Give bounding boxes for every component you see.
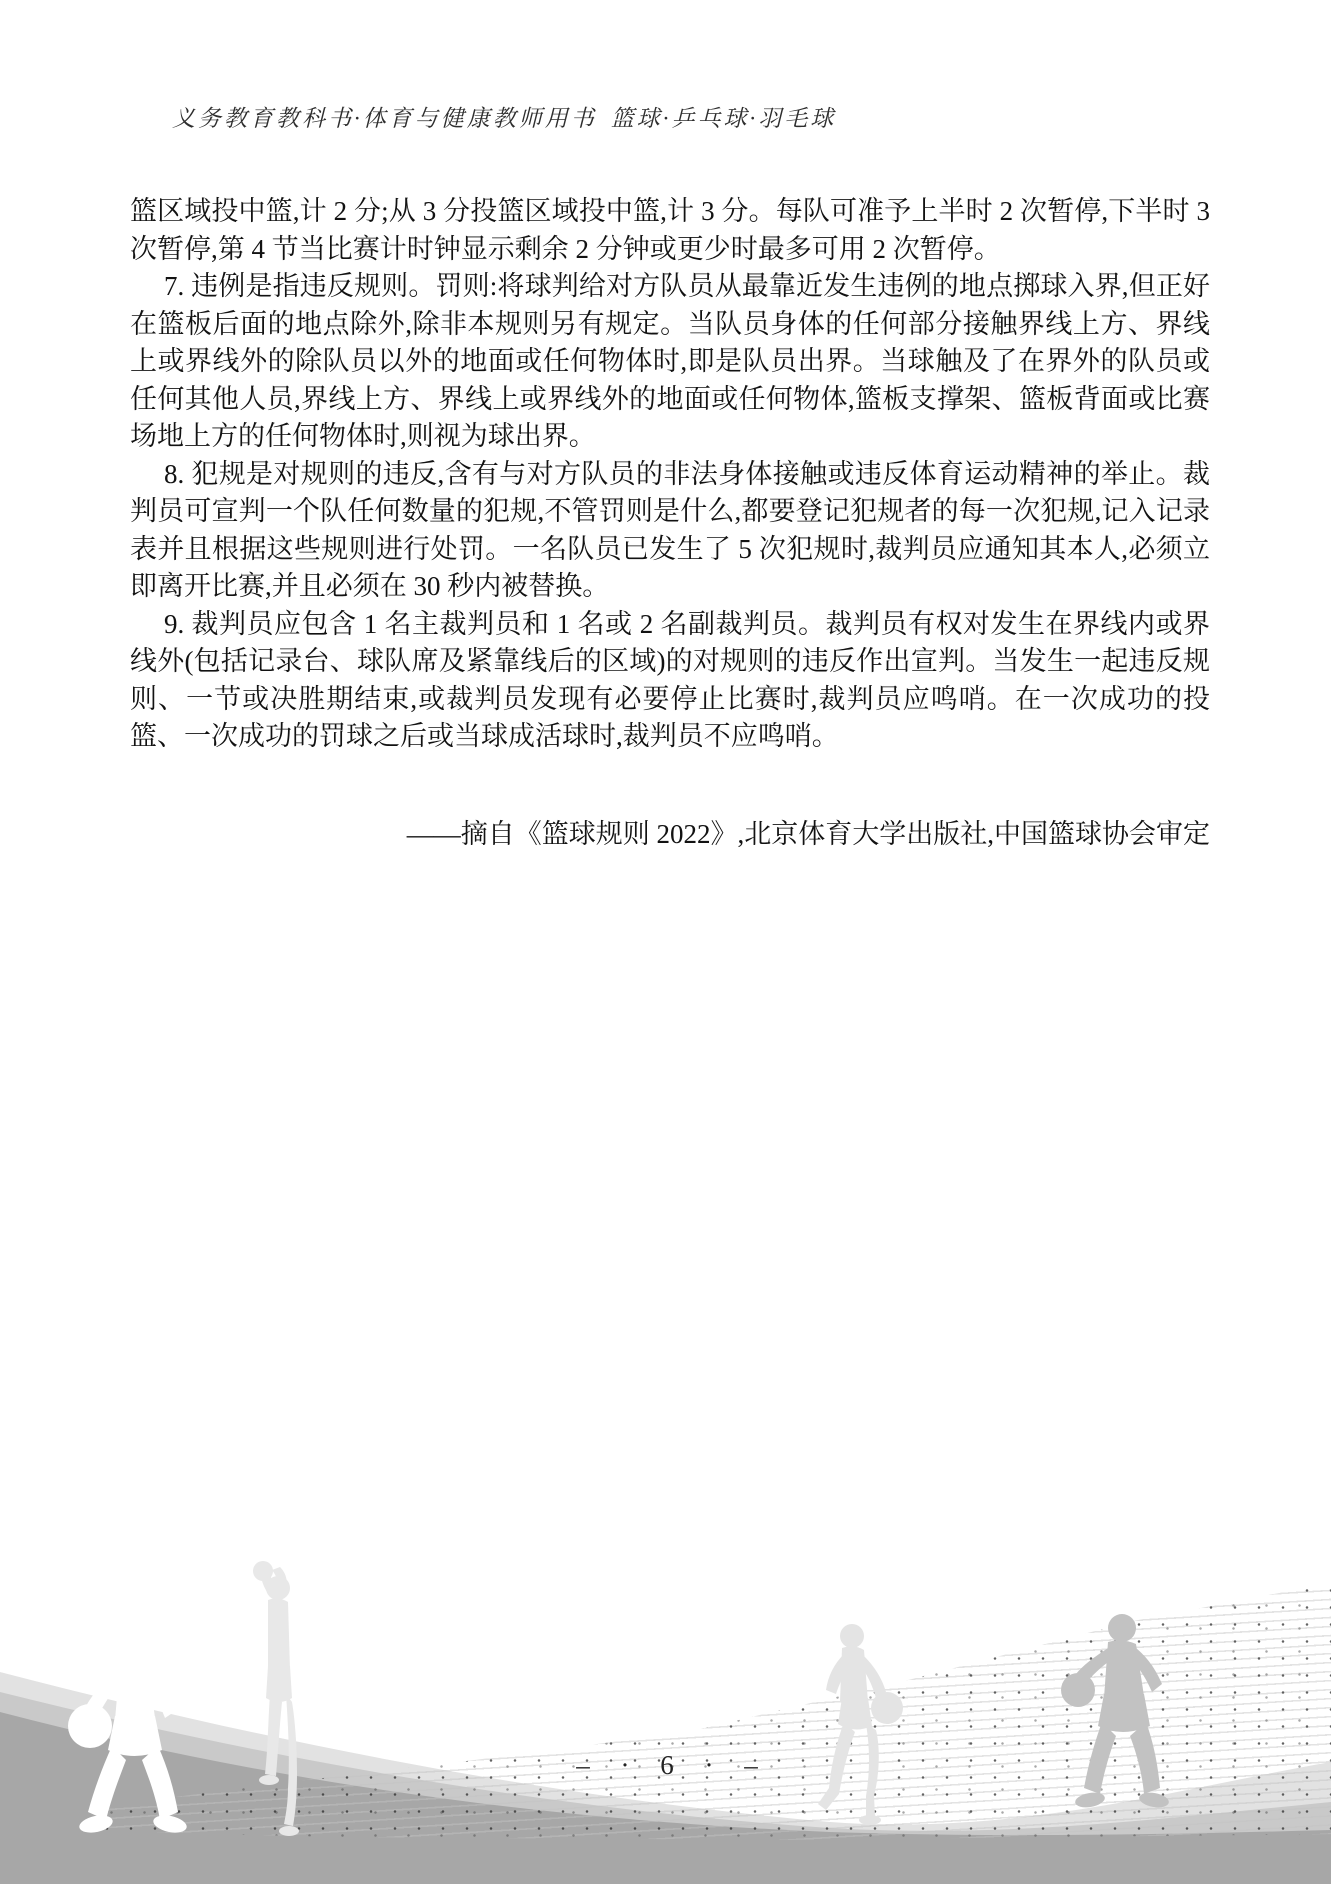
body-paragraph: 7. 违例是指违反规则。罚则:将球判给对方队员从最靠近发生违例的地点掷球入界,但… — [130, 268, 1210, 456]
player-jump-shot-icon — [234, 1560, 314, 1845]
player-dribbling-front-icon — [60, 1626, 200, 1861]
book-page: 义务教育教科书·体育与健康教师用书篮球·乒乓球·羽毛球 篮区域投中篮,计 2 分… — [0, 0, 1331, 1884]
source-attribution: ——摘自《篮球规则 2022》,北京体育大学出版社,中国篮球协会审定 — [130, 816, 1210, 854]
player-running-dribble-icon — [804, 1620, 914, 1828]
running-head-series-title: 义务教育教科书·体育与健康教师用书 — [172, 106, 597, 131]
body-paragraph: 篮区域投中篮,计 2 分;从 3 分投篮区域投中篮,计 3 分。每队可准予上半时… — [130, 193, 1210, 268]
player-crouch-dribble-icon — [1056, 1610, 1178, 1818]
running-head-subject-title: 篮球·乒乓球·羽毛球 — [611, 106, 837, 131]
page-number: – · 6 · – — [130, 1750, 1210, 1781]
body-text: 篮区域投中篮,计 2 分;从 3 分投篮区域投中篮,计 3 分。每队可准予上半时… — [130, 193, 1210, 853]
body-paragraph: 9. 裁判员应包含 1 名主裁判员和 1 名或 2 名副裁判员。裁判员有权对发生… — [130, 606, 1210, 756]
running-head: 义务教育教科书·体育与健康教师用书篮球·乒乓球·羽毛球 — [172, 100, 836, 133]
body-paragraph: 8. 犯规是对规则的违反,含有与对方队员的非法身体接触或违反体育运动精神的举止。… — [130, 456, 1210, 606]
